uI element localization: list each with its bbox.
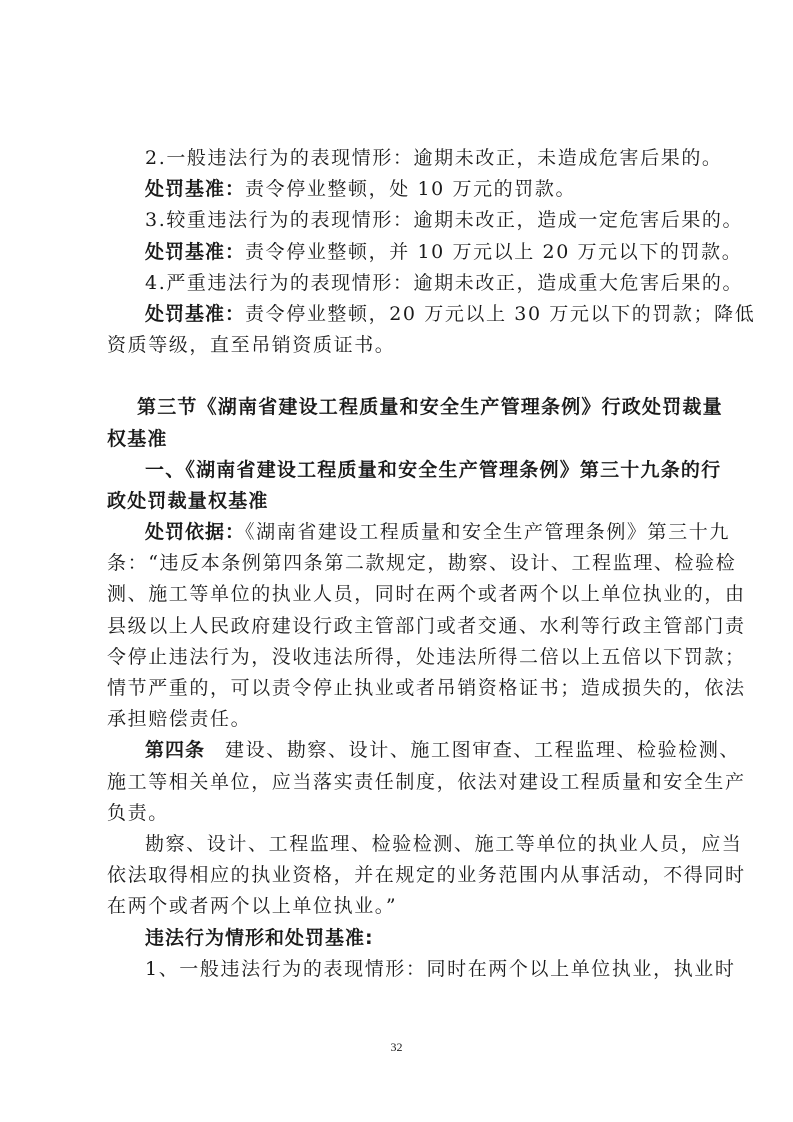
penalty-basis-label: 处罚依据： [145, 521, 245, 543]
paragraph-line: 承担赔偿责任。 [107, 704, 689, 735]
paragraph-line: 负责。 [107, 798, 689, 829]
paragraph-line: 条：“违反本条例第四条第二款规定，勘察、设计、工程监理、检验检 [107, 548, 689, 579]
paragraph-penalty-standard: 处罚基准：责令停业整顿，20 万元以上 30 万元以下的罚款；降低 [107, 299, 689, 330]
paragraph-line: 施工等相关单位，应当落实责任制度，依法对建设工程质量和安全生产 [107, 767, 689, 798]
paragraph-serious-violation: 3.较重违法行为的表现情形：逾期未改正，造成一定危害后果的。 [107, 205, 689, 236]
paragraph-line: 测、施工等单位的执业人员，同时在两个或者两个以上单位执业的，由 [107, 579, 689, 610]
paragraph-general-violation: 2.一般违法行为的表现情形：逾期未改正，未造成危害后果的。 [107, 143, 689, 174]
paragraph-line: 在两个或者两个以上单位执业。” [107, 891, 689, 922]
article-4-label: 第四条 [145, 739, 205, 761]
document-page: 2.一般违法行为的表现情形：逾期未改正，未造成危害后果的。 处罚基准：责令停业整… [107, 143, 689, 985]
paragraph-penalty-standard: 处罚基准：责令停业整顿，处 10 万元的罚款。 [107, 174, 689, 205]
article-4-paragraph: 第四条建设、勘察、设计、施工图审查、工程监理、检验检测、 [107, 735, 689, 766]
page-number: 32 [0, 1040, 793, 1055]
section-heading: 第三节《湖南省建设工程质量和安全生产管理条例》行政处罚裁量 [107, 392, 689, 423]
penalty-standard-label: 处罚基准： [145, 303, 245, 325]
paragraph-continuation: 资质等级，直至吊销资质证书。 [107, 330, 689, 361]
article-4-second-paragraph: 勘察、设计、工程监理、检验检测、施工等单位的执业人员，应当 [107, 829, 689, 860]
subsection-heading: 一、《湖南省建设工程质量和安全生产管理条例》第三十九条的行 [107, 455, 689, 486]
paragraph-line: 令停止违法行为，没收违法所得，处违法所得二倍以上五倍以下罚款； [107, 642, 689, 673]
subsection-heading-continuation: 政处罚裁量权基准 [107, 486, 689, 517]
penalty-standard-label: 处罚基准： [145, 241, 245, 263]
paragraph-line: 县级以上人民政府建设行政主管部门或者交通、水利等行政主管部门责 [107, 611, 689, 642]
paragraph-penalty-standard: 处罚基准：责令停业整顿，并 10 万元以上 20 万元以下的罚款。 [107, 237, 689, 268]
paragraph-severe-violation: 4.严重违法行为的表现情形：逾期未改正，造成重大危害后果的。 [107, 268, 689, 299]
section-heading-continuation: 权基准 [107, 424, 689, 455]
paragraph-item-1: 1、一般违法行为的表现情形：同时在两个以上单位执业，执业时 [107, 954, 689, 985]
spacer [107, 361, 689, 392]
penalty-standard-label: 处罚基准： [145, 178, 245, 200]
violation-standard-heading: 违法行为情形和处罚基准: [107, 923, 689, 954]
paragraph-line: 依法取得相应的执业资格，并在规定的业务范围内从事活动，不得同时 [107, 860, 689, 891]
paragraph-line: 情节严重的，可以责令停止执业或者吊销资格证书；造成损失的，依法 [107, 673, 689, 704]
penalty-basis-paragraph: 处罚依据：《湖南省建设工程质量和安全生产管理条例》第三十九 [107, 517, 689, 548]
